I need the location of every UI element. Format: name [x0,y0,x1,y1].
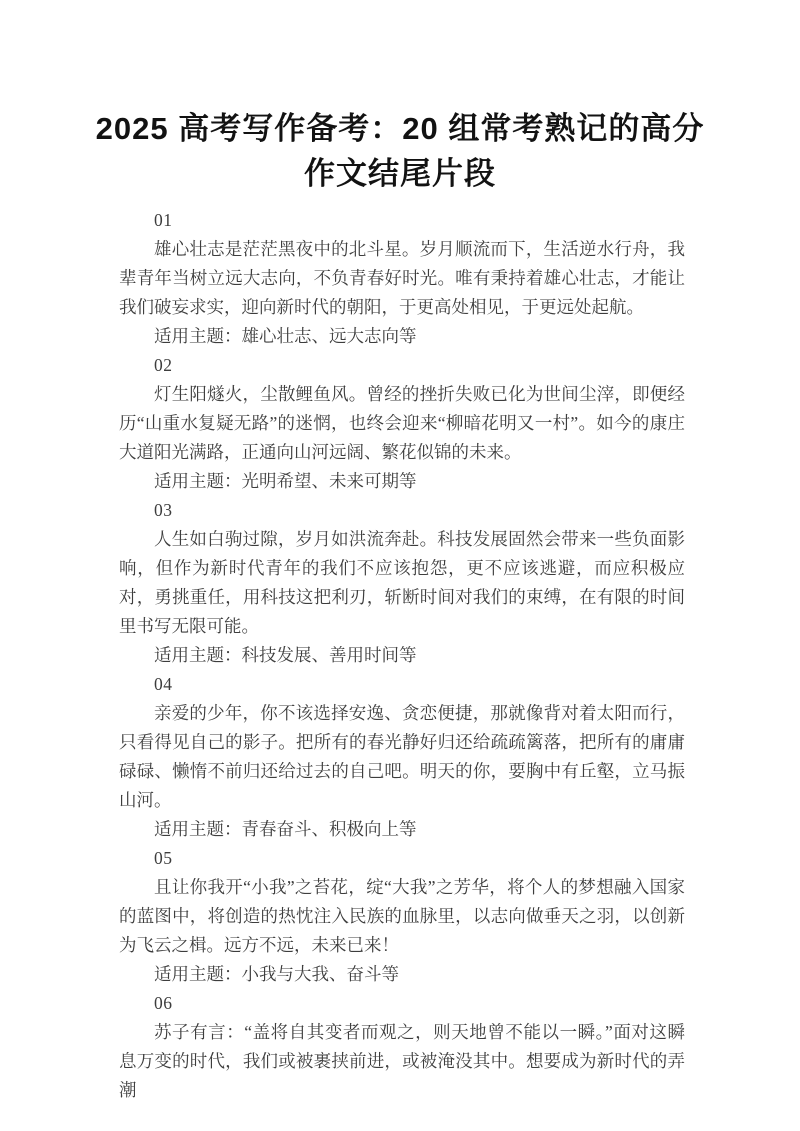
essay-section-05: 05 且让你我开“小我”之苔花，绽“大我”之芳华，将个人的梦想融入国家的蓝图中，… [119,844,685,989]
section-topics: 适用主题：雄心壮志、远大志向等 [119,322,685,351]
essay-section-06: 06 苏子有言：“盖将自其变者而观之，则天地曾不能以一瞬。”面对这瞬息万变的时代… [119,989,685,1105]
section-number: 02 [119,351,685,380]
section-paragraph-truncated: 苏子有言：“盖将自其变者而观之，则天地曾不能以一瞬。”面对这瞬息万变的时代，我们… [119,1018,685,1105]
section-topics: 适用主题：科技发展、善用时间等 [119,641,685,670]
section-number: 04 [119,670,685,699]
essay-section-02: 02 灯生阳燧火，尘散鲤鱼风。曾经的挫折失败已化为世间尘滓，即便经历“山重水复疑… [119,351,685,496]
section-number: 01 [119,206,685,235]
section-paragraph: 灯生阳燧火，尘散鲤鱼风。曾经的挫折失败已化为世间尘滓，即便经历“山重水复疑无路”… [119,380,685,467]
section-topics: 适用主题：光明希望、未来可期等 [119,467,685,496]
section-number: 06 [119,989,685,1018]
document-page: 2025 高考写作备考：20 组常考熟记的高分 作文结尾片段 01 雄心壮志是茫… [0,0,800,1131]
essay-section-03: 03 人生如白驹过隙，岁月如洪流奔赴。科技发展固然会带来一些负面影响，但作为新时… [119,496,685,670]
section-topics: 适用主题：青春奋斗、积极向上等 [119,815,685,844]
section-paragraph: 且让你我开“小我”之苔花，绽“大我”之芳华，将个人的梦想融入国家的蓝图中，将创造… [119,873,685,960]
section-number: 03 [119,496,685,525]
essay-section-04: 04 亲爱的少年，你不该选择安逸、贪恋便捷，那就像背对着太阳而行，只看得见自己的… [119,670,685,844]
document-title: 2025 高考写作备考：20 组常考熟记的高分 作文结尾片段 [60,106,740,196]
title-line-1: 2025 高考写作备考：20 组常考熟记的高分 [60,106,740,151]
document-body: 01 雄心壮志是茫茫黑夜中的北斗星。岁月顺流而下，生活逆水行舟，我辈青年当树立远… [119,206,685,1105]
title-line-2: 作文结尾片段 [60,151,740,196]
section-paragraph: 人生如白驹过隙，岁月如洪流奔赴。科技发展固然会带来一些负面影响，但作为新时代青年… [119,525,685,641]
section-paragraph: 亲爱的少年，你不该选择安逸、贪恋便捷，那就像背对着太阳而行，只看得见自己的影子。… [119,699,685,815]
section-paragraph: 雄心壮志是茫茫黑夜中的北斗星。岁月顺流而下，生活逆水行舟，我辈青年当树立远大志向… [119,235,685,322]
essay-section-01: 01 雄心壮志是茫茫黑夜中的北斗星。岁月顺流而下，生活逆水行舟，我辈青年当树立远… [119,206,685,351]
section-topics: 适用主题：小我与大我、奋斗等 [119,960,685,989]
section-number: 05 [119,844,685,873]
